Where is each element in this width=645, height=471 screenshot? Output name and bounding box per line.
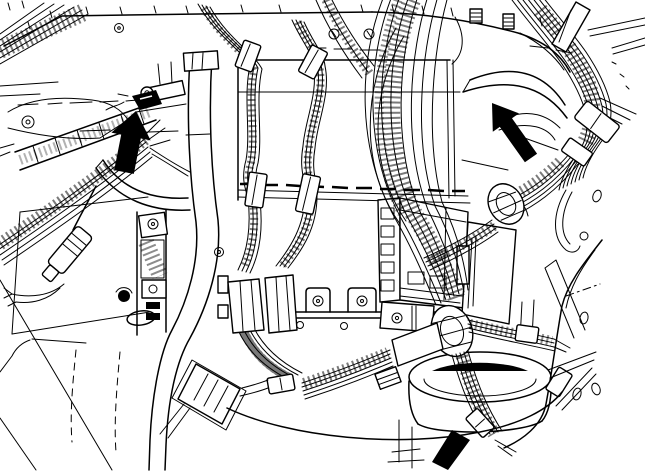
harness-branch-right-out xyxy=(468,320,570,352)
connector-plug-2 xyxy=(265,275,297,333)
tape-band xyxy=(515,325,539,344)
cable-plug xyxy=(39,225,94,285)
top-left-harness xyxy=(0,1,88,64)
tape-band xyxy=(245,172,268,208)
right-fender-panel xyxy=(504,189,603,448)
harness-branch-2 xyxy=(276,20,328,268)
harness-end-fan xyxy=(146,120,190,176)
tape-band xyxy=(267,374,295,394)
wiring-diagram-svg xyxy=(0,0,645,471)
bolt-head xyxy=(116,288,132,302)
technical-illustration xyxy=(0,0,645,471)
side-channel-bracket xyxy=(137,210,167,335)
hinge-pillar xyxy=(545,260,600,338)
hex-fitting xyxy=(375,367,401,390)
connector-plug-1 xyxy=(218,276,264,333)
bottom-left-bodywork xyxy=(0,280,156,470)
hose-arc xyxy=(96,160,190,210)
right-callout-arrow xyxy=(492,103,537,162)
cowl-tick-marks xyxy=(28,5,542,29)
cowl-panel xyxy=(0,5,572,156)
ac-line-bracket xyxy=(462,71,567,170)
case-bottom-dashes xyxy=(240,184,465,191)
tape-band xyxy=(295,174,321,215)
harness-branch-1 xyxy=(198,4,267,273)
harness-attachment-fitting xyxy=(106,62,186,112)
drum-bracket-legs xyxy=(388,420,424,468)
bottom-connector-plug xyxy=(160,360,246,438)
